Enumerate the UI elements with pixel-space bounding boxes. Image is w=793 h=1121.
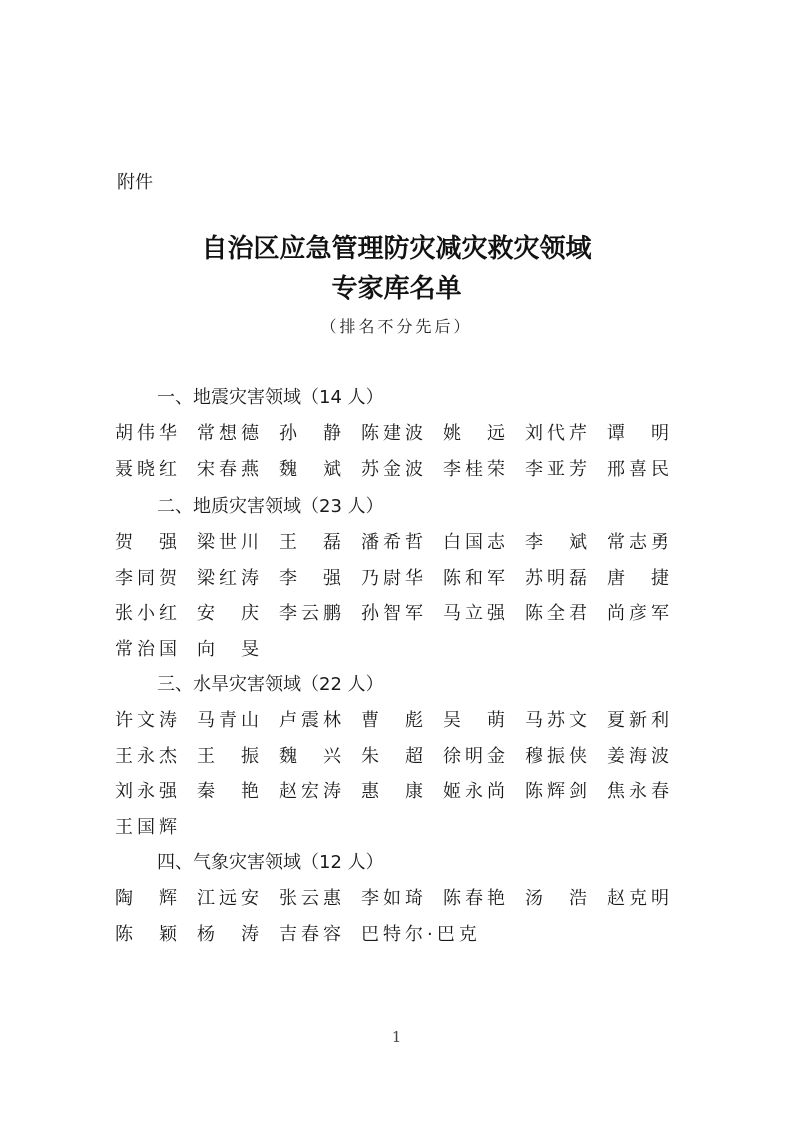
expert-name: 张小红 — [115, 599, 177, 625]
expert-name: 杨涛 — [197, 920, 259, 946]
expert-name: 朱超 — [361, 742, 423, 768]
document-title-line-1: 自治区应急管理防灾减灾救灾领域 — [0, 228, 793, 265]
section-heading: 四、气象灾害领域（12 人） — [157, 848, 384, 874]
expert-name: 魏兴 — [279, 742, 341, 768]
expert-name: 向旻 — [197, 635, 259, 661]
expert-name: 尚彦军 — [607, 599, 669, 625]
expert-name: 汤浩 — [525, 884, 587, 910]
expert-name: 常想德 — [197, 419, 259, 445]
expert-name: 刘代芹 — [525, 419, 587, 445]
page-number: 1 — [0, 1028, 793, 1046]
expert-name: 孙智军 — [361, 599, 423, 625]
expert-name: 乃尉华 — [361, 564, 423, 590]
expert-name: 苏金波 — [361, 455, 423, 481]
expert-name: 谭明 — [607, 419, 669, 445]
expert-name: 李桂荣 — [443, 455, 505, 481]
expert-name: 陈辉剑 — [525, 777, 587, 803]
expert-name: 马青山 — [197, 706, 259, 732]
expert-name: 焦永春 — [607, 777, 669, 803]
expert-name: 王磊 — [279, 528, 341, 554]
expert-name: 曹彪 — [361, 706, 423, 732]
expert-name: 陶辉 — [115, 884, 177, 910]
document-subtitle: （排名不分先后） — [0, 314, 793, 337]
expert-name: 徐明金 — [443, 742, 505, 768]
expert-name: 安庆 — [197, 599, 259, 625]
expert-name: 陈全君 — [525, 599, 587, 625]
expert-name: 唐捷 — [607, 564, 669, 590]
expert-name: 王国辉 — [115, 813, 177, 839]
section-heading: 三、水旱灾害领域（22 人） — [157, 670, 384, 696]
expert-name: 陈和军 — [443, 564, 505, 590]
expert-name: 许文涛 — [115, 706, 177, 732]
expert-name: 常治国 — [115, 635, 177, 661]
expert-name: 惠康 — [361, 777, 423, 803]
expert-name: 姜海波 — [607, 742, 669, 768]
expert-name: 姬永尚 — [443, 777, 505, 803]
expert-name: 苏明磊 — [525, 564, 587, 590]
expert-name: 聂晓红 — [115, 455, 177, 481]
expert-name: 陈春艳 — [443, 884, 505, 910]
expert-name: 姚远 — [443, 419, 505, 445]
expert-name: 江远安 — [197, 884, 259, 910]
expert-name: 陈颖 — [115, 920, 177, 946]
expert-name: 常志勇 — [607, 528, 669, 554]
expert-name: 邢喜民 — [607, 455, 669, 481]
expert-name: 梁世川 — [197, 528, 259, 554]
expert-name: 李亚芳 — [525, 455, 587, 481]
section-heading: 一、地震灾害领域（14 人） — [157, 383, 384, 409]
expert-name: 贺强 — [115, 528, 177, 554]
expert-name: 梁红涛 — [197, 564, 259, 590]
expert-name: 李斌 — [525, 528, 587, 554]
expert-name: 吉春容 — [279, 920, 341, 946]
expert-name: 李云鹏 — [279, 599, 341, 625]
expert-name: 马立强 — [443, 599, 505, 625]
expert-name: 孙静 — [279, 419, 341, 445]
expert-name: 穆振侠 — [525, 742, 587, 768]
expert-name: 白国志 — [443, 528, 505, 554]
expert-name: 夏新利 — [607, 706, 669, 732]
expert-name: 王振 — [197, 742, 259, 768]
expert-name: 赵宏涛 — [279, 777, 341, 803]
expert-name: 魏斌 — [279, 455, 341, 481]
expert-name: 马苏文 — [525, 706, 587, 732]
expert-name: 李如琦 — [361, 884, 423, 910]
expert-name: 吴萌 — [443, 706, 505, 732]
expert-name: 赵克明 — [607, 884, 669, 910]
expert-name: 胡伟华 — [115, 419, 177, 445]
expert-name: 宋春燕 — [197, 455, 259, 481]
expert-name: 刘永强 — [115, 777, 177, 803]
expert-name: 秦艳 — [197, 777, 259, 803]
expert-name: 陈建波 — [361, 419, 423, 445]
expert-name: 潘希哲 — [361, 528, 423, 554]
expert-name: 王永杰 — [115, 742, 177, 768]
section-heading: 二、地质灾害领域（23 人） — [157, 492, 384, 518]
document-title-line-2: 专家库名单 — [0, 268, 793, 305]
expert-name: 张云惠 — [279, 884, 341, 910]
expert-name: 卢震林 — [279, 706, 341, 732]
expert-name: 巴特尔·巴克 — [361, 920, 481, 946]
expert-name: 李同贺 — [115, 564, 177, 590]
expert-name: 李强 — [279, 564, 341, 590]
attachment-label: 附件 — [117, 168, 153, 194]
